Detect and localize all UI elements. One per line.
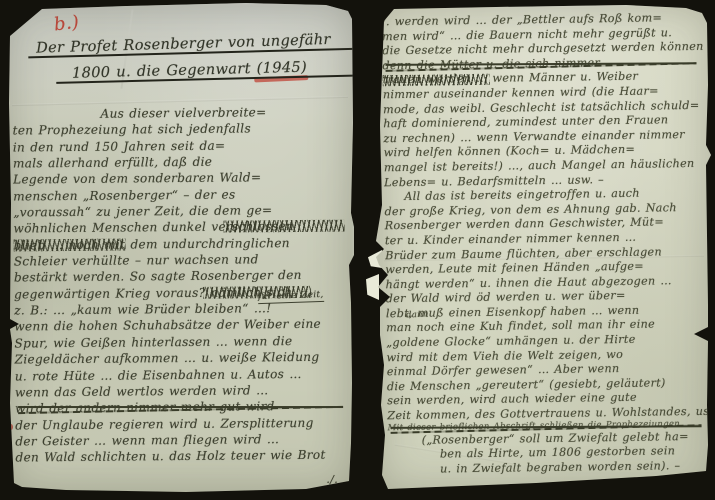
right-page-body: /. werden wird … der „Bettler aufs Roß k… bbox=[382, 11, 712, 478]
left-page-body: Aus dieser vielverbreite= ten Prophezeiu… bbox=[12, 104, 353, 466]
handwritten-line: u. in Zwiefalt begraben worden sein). – bbox=[388, 459, 712, 478]
red-index-mark: b.) bbox=[53, 12, 81, 36]
document-title-line-2: 1800 u. die Gegenwart (1945) bbox=[72, 57, 354, 81]
handwritten-line: den Wald schlichten u. das Holz teuer wi… bbox=[15, 447, 353, 466]
torn-paper-sliver bbox=[366, 274, 379, 300]
title-line-2-text: 1800 u. die Gegenwart bbox=[72, 60, 257, 82]
red-ink-dot bbox=[9, 424, 13, 430]
document-title-line-1: Der Profet Rosenberger von ungefähr bbox=[36, 30, 350, 56]
title-year-red-underlined: (1945) bbox=[256, 59, 307, 77]
left-page: b.) Der Profet Rosenberger von ungefähr … bbox=[6, 3, 354, 495]
interline-insertion: für eine Zeit, bbox=[258, 290, 324, 304]
right-page: /. werden wird … der „Bettler aufs Roß k… bbox=[376, 5, 712, 493]
scan-background: b.) Der Profet Rosenberger von ungefähr … bbox=[0, 0, 715, 500]
continuation-mark: ./. bbox=[326, 473, 338, 486]
interline-insertion: dann bbox=[406, 310, 429, 321]
